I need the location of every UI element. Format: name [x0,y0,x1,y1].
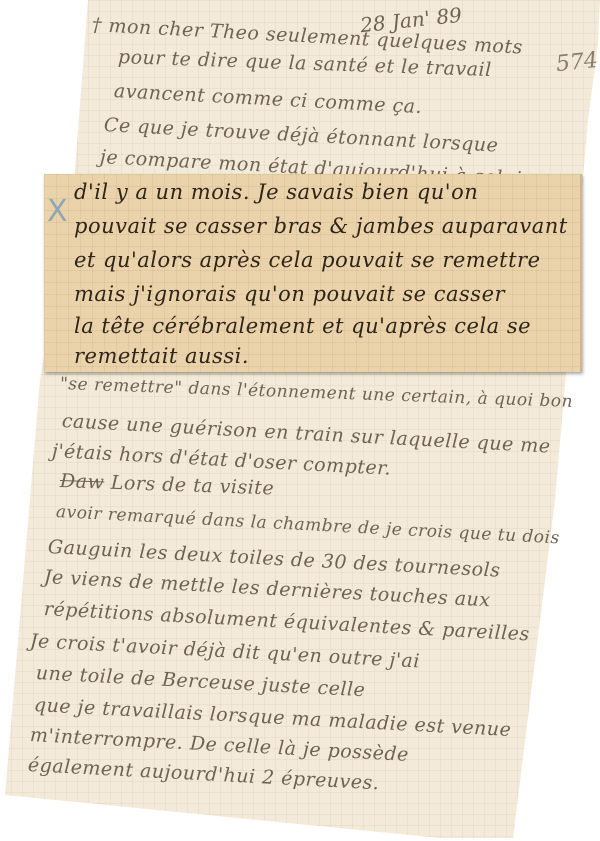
letter-scan: 28 Jan' 89 574 † mon cher Theo seulement… [0,0,600,841]
excerpt-line: remettait aussi. [74,344,249,368]
excerpt-line: d'il y a un mois. Je savais bien qu'on [74,180,478,204]
excerpt-line: et qu'alors après cela pouvait se remett… [74,248,541,272]
excerpt-line: mais j'ignorais qu'on pouvait se casser [74,282,505,306]
struck-word: Daw [60,470,105,494]
excerpt-line: la tête cérébralement et qu'après cela s… [74,314,531,338]
page-number: 574 [555,48,599,77]
excerpt-line: pouvait se casser bras & jambes auparava… [74,214,568,238]
x-mark-icon: X [47,194,68,229]
highlighted-excerpt: X d'il y a un mois. Je savais bien qu'on… [44,174,582,372]
